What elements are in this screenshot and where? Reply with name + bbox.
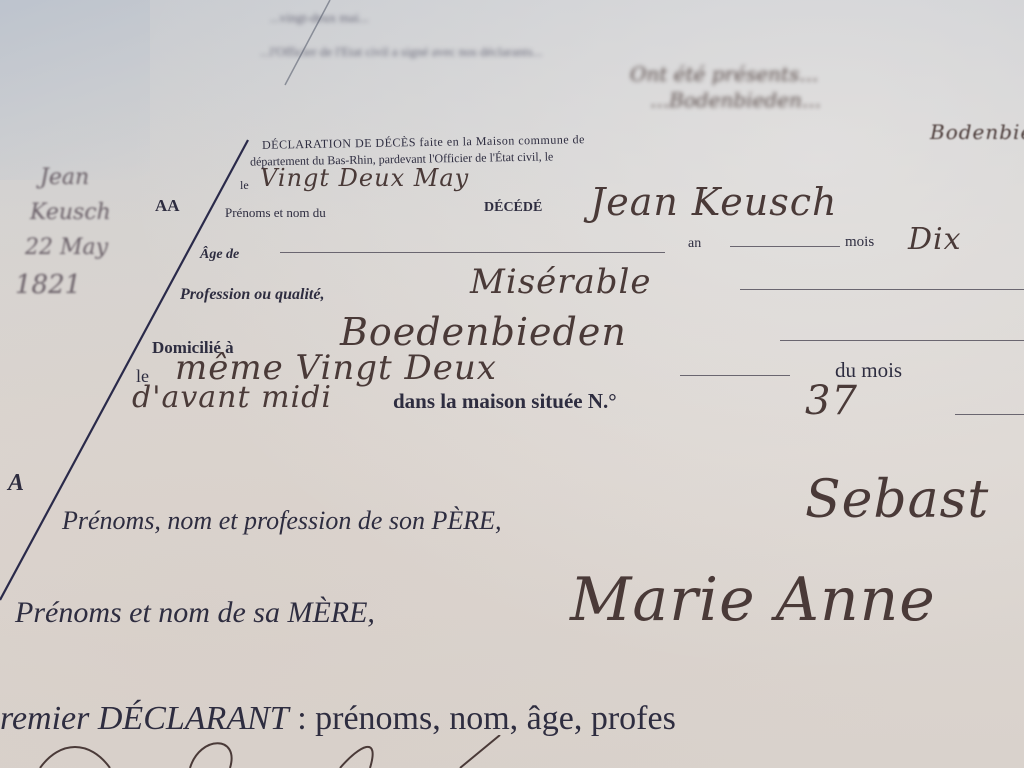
age-rule xyxy=(280,252,665,253)
margin-note: Jean xyxy=(40,165,89,190)
blurred-line: ...Bodenbieden... xyxy=(650,88,821,112)
profession-rule xyxy=(740,289,1024,290)
house-label: dans la maison située N.° xyxy=(393,389,617,414)
deceased-label: Prénoms et nom du xyxy=(225,205,326,221)
age-months-rule xyxy=(730,246,840,247)
declarant-label-italic: remier DÉCLARANT xyxy=(0,700,289,737)
blurred-header: ...vingt-deux mai... ...l'Officier de l'… xyxy=(250,0,1024,128)
blurred-line: ...l'Officier de l'Etat civil a signé av… xyxy=(260,44,542,60)
father-label-text: Prénoms, nom et profession de son PÈRE, xyxy=(62,506,502,535)
mother-value: Marie Anne xyxy=(570,565,936,635)
house-rule xyxy=(955,414,1024,415)
page-fold xyxy=(0,0,150,180)
deceased-caps: DÉCÉDÉ xyxy=(484,200,542,216)
blurred-line: Ont été présents... xyxy=(630,62,818,86)
commune-value: Bodenbieden xyxy=(930,120,1024,144)
father-label: Prénoms, nom et profession de son PÈRE, xyxy=(62,506,502,536)
marker-a: A xyxy=(8,470,24,497)
date-rule xyxy=(680,375,790,376)
house-number-value: 37 xyxy=(805,378,858,424)
age-value: Dix xyxy=(908,222,962,257)
declaration-date-value: Vingt Deux May xyxy=(260,164,469,192)
father-value: Sebast xyxy=(805,470,989,530)
marker-aa: AA xyxy=(155,196,180,216)
handwriting-fragment xyxy=(0,735,1024,768)
margin-note: 22 May xyxy=(25,235,108,260)
document-photo: ...vingt-deux mai... ...l'Officier de l'… xyxy=(0,0,1024,768)
margin-note: Keusch xyxy=(30,200,111,225)
mother-label-text: Prénoms et nom de sa MÈRE, xyxy=(15,596,375,629)
profession-value: Misérable xyxy=(470,262,652,302)
declarant-label: remier DÉCLARANT : prénoms, nom, âge, pr… xyxy=(0,700,676,738)
profession-label: Profession ou qualité, xyxy=(180,286,324,304)
domicile-rule xyxy=(780,340,1024,341)
blurred-line: ...vingt-deux mai... xyxy=(270,10,369,26)
deceased-name-value: Jean Keusch xyxy=(590,180,838,224)
age-an-label: an xyxy=(688,236,701,252)
time-value: d'avant midi xyxy=(132,380,332,415)
date-prefix: le xyxy=(240,178,249,193)
mother-label: Prénoms et nom de sa MÈRE, xyxy=(15,596,375,630)
age-label: Âge de xyxy=(200,247,239,263)
declarant-label-rest: : prénoms, nom, âge, profes xyxy=(297,700,676,737)
age-mois-label: mois xyxy=(845,234,874,251)
margin-note: 1821 xyxy=(15,270,81,300)
